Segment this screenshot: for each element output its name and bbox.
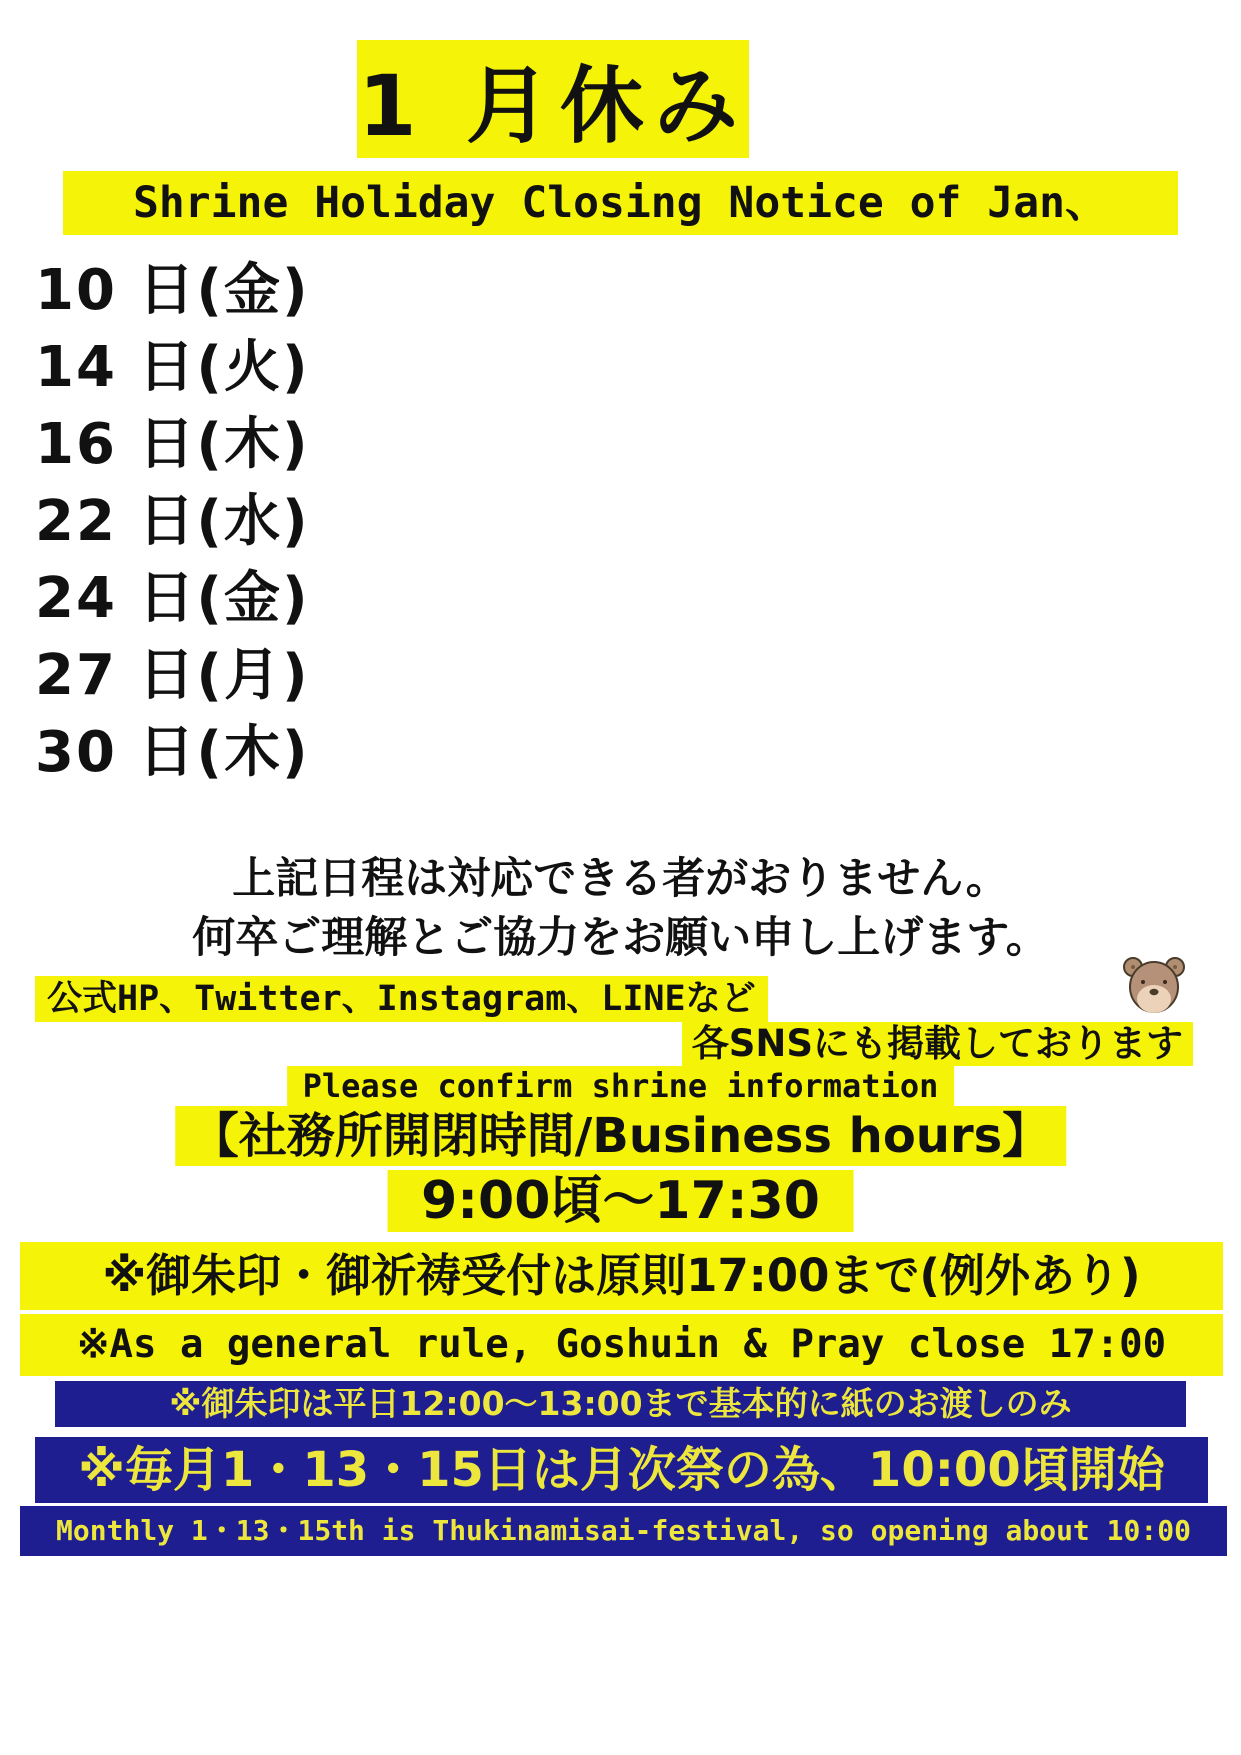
date-item: 27 日(月) bbox=[35, 637, 310, 714]
festival-notice-jp: ※毎月1・13・15日は月次祭の為、10:00頃開始 bbox=[35, 1437, 1208, 1503]
date-item: 10 日(金) bbox=[35, 252, 310, 329]
date-item: 16 日(木) bbox=[35, 406, 310, 483]
apology-paragraph: 上記日程は対応できる者がおりません。 何卒ご理解とご協力をお願い申し上げます。 bbox=[0, 850, 1241, 968]
bear-face-icon bbox=[1119, 956, 1189, 1016]
date-item: 24 日(金) bbox=[35, 560, 310, 637]
sns-line-official: 公式HP、Twitter、Instagram、LINEなど bbox=[35, 976, 768, 1022]
date-item: 30 日(木) bbox=[35, 714, 310, 791]
business-hours-time: 9:00頃〜17:30 bbox=[387, 1170, 854, 1232]
date-item: 22 日(水) bbox=[35, 483, 310, 560]
sns-line-english: Please confirm shrine information bbox=[287, 1066, 955, 1106]
closed-dates-list: 10 日(金) 14 日(火) 16 日(木) 22 日(水) 24 日(金) … bbox=[35, 252, 310, 791]
festival-notice-en: Monthly 1・13・15th is Thukinamisai-festiv… bbox=[20, 1506, 1227, 1556]
apology-line-1: 上記日程は対応できる者がおりません。 bbox=[0, 850, 1241, 909]
subtitle-english: Shrine Holiday Closing Notice of Jan、 bbox=[63, 171, 1178, 235]
paper-goshuin-notice: ※御朱印は平日12:00〜13:00まで基本的に紙のお渡しのみ bbox=[55, 1381, 1186, 1427]
date-item: 14 日(火) bbox=[35, 329, 310, 406]
goshuin-note-en: ※As a general rule, Goshuin & Pray close… bbox=[20, 1314, 1223, 1376]
business-hours-heading: 【社務所開閉時間/Business hours】 bbox=[175, 1106, 1066, 1166]
goshuin-note-jp: ※御朱印・御祈祷受付は原則17:00まで(例外あり) bbox=[20, 1242, 1223, 1310]
apology-line-2: 何卒ご理解とご協力をお願い申し上げます。 bbox=[0, 909, 1241, 968]
sns-line-sns: 各SNSにも掲載しております bbox=[682, 1022, 1193, 1066]
shrine-holiday-poster: 1 月休み Shrine Holiday Closing Notice of J… bbox=[0, 0, 1241, 1755]
month-title: 1 月休み bbox=[357, 40, 749, 158]
